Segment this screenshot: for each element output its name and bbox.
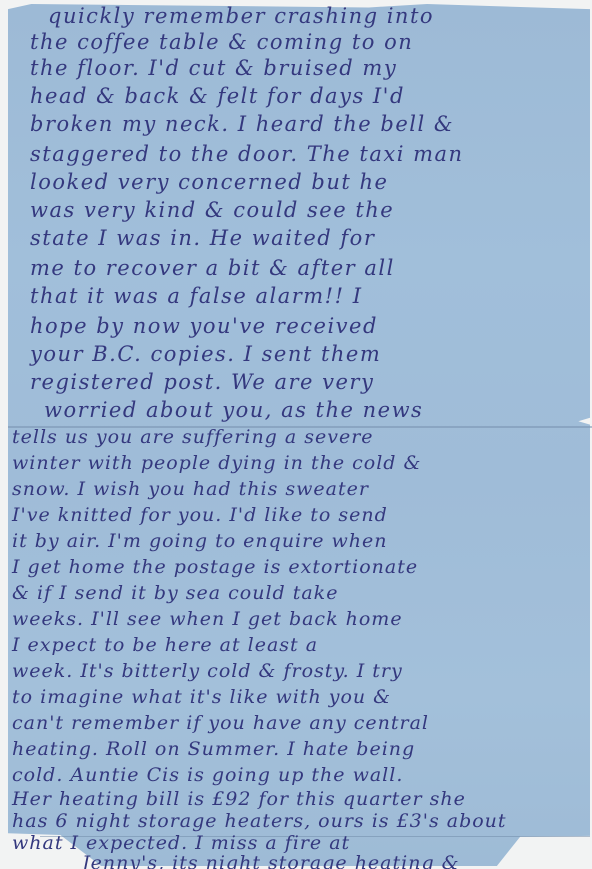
letter-line: cold. Auntie Cis is going up the wall. xyxy=(12,764,403,786)
letter-line: your B.C. copies. I sent them xyxy=(30,342,381,366)
letter-line: registered post. We are very xyxy=(30,370,374,394)
letter-line: Jenny's, its night storage heating & xyxy=(82,852,460,869)
letter-line: snow. I wish you had this sweater xyxy=(12,478,369,500)
scanned-letter-page: quickly remember crashing into the coffe… xyxy=(0,0,592,869)
letter-line: has 6 night storage heaters, ours is £3'… xyxy=(12,810,507,832)
letter-line: worried about you, as the news xyxy=(44,398,423,422)
letter-line: to imagine what it's like with you & xyxy=(12,686,391,708)
letter-line: Her heating bill is £92 for this quarter… xyxy=(12,788,466,810)
letter-line: it by air. I'm going to enquire when xyxy=(12,530,388,552)
letter-line: winter with people dying in the cold & xyxy=(12,452,421,474)
letter-line: quickly remember crashing into xyxy=(48,4,434,28)
letter-line: I get home the postage is extortionate xyxy=(12,556,418,578)
letter-line: heating. Roll on Summer. I hate being xyxy=(12,738,415,760)
letter-line: the coffee table & coming to on xyxy=(30,30,413,54)
letter-line: what I expected. I miss a fire at xyxy=(12,832,350,854)
letter-line: head & back & felt for days I'd xyxy=(30,84,405,108)
letter-line: weeks. I'll see when I get back home xyxy=(12,608,403,630)
letter-line: state I was in. He waited for xyxy=(30,226,375,250)
letter-line: & if I send it by sea could take xyxy=(12,582,338,604)
letter-line: broken my neck. I heard the bell & xyxy=(30,112,454,136)
letter-line: can't remember if you have any central xyxy=(12,712,429,734)
letter-line: was very kind & could see the xyxy=(30,198,394,222)
letter-line: staggered to the door. The taxi man xyxy=(30,142,464,166)
letter-line: the floor. I'd cut & bruised my xyxy=(30,56,397,80)
letter-line: I've knitted for you. I'd like to send xyxy=(12,504,388,526)
letter-line: that it was a false alarm!! I xyxy=(30,284,363,308)
letter-line: hope by now you've received xyxy=(30,314,378,338)
letter-line: looked very concerned but he xyxy=(30,170,388,194)
letter-line: tells us you are suffering a severe xyxy=(12,426,374,448)
letter-line: week. It's bitterly cold & frosty. I try xyxy=(12,660,403,682)
letter-line: me to recover a bit & after all xyxy=(30,256,395,280)
letter-line: I expect to be here at least a xyxy=(12,634,318,656)
